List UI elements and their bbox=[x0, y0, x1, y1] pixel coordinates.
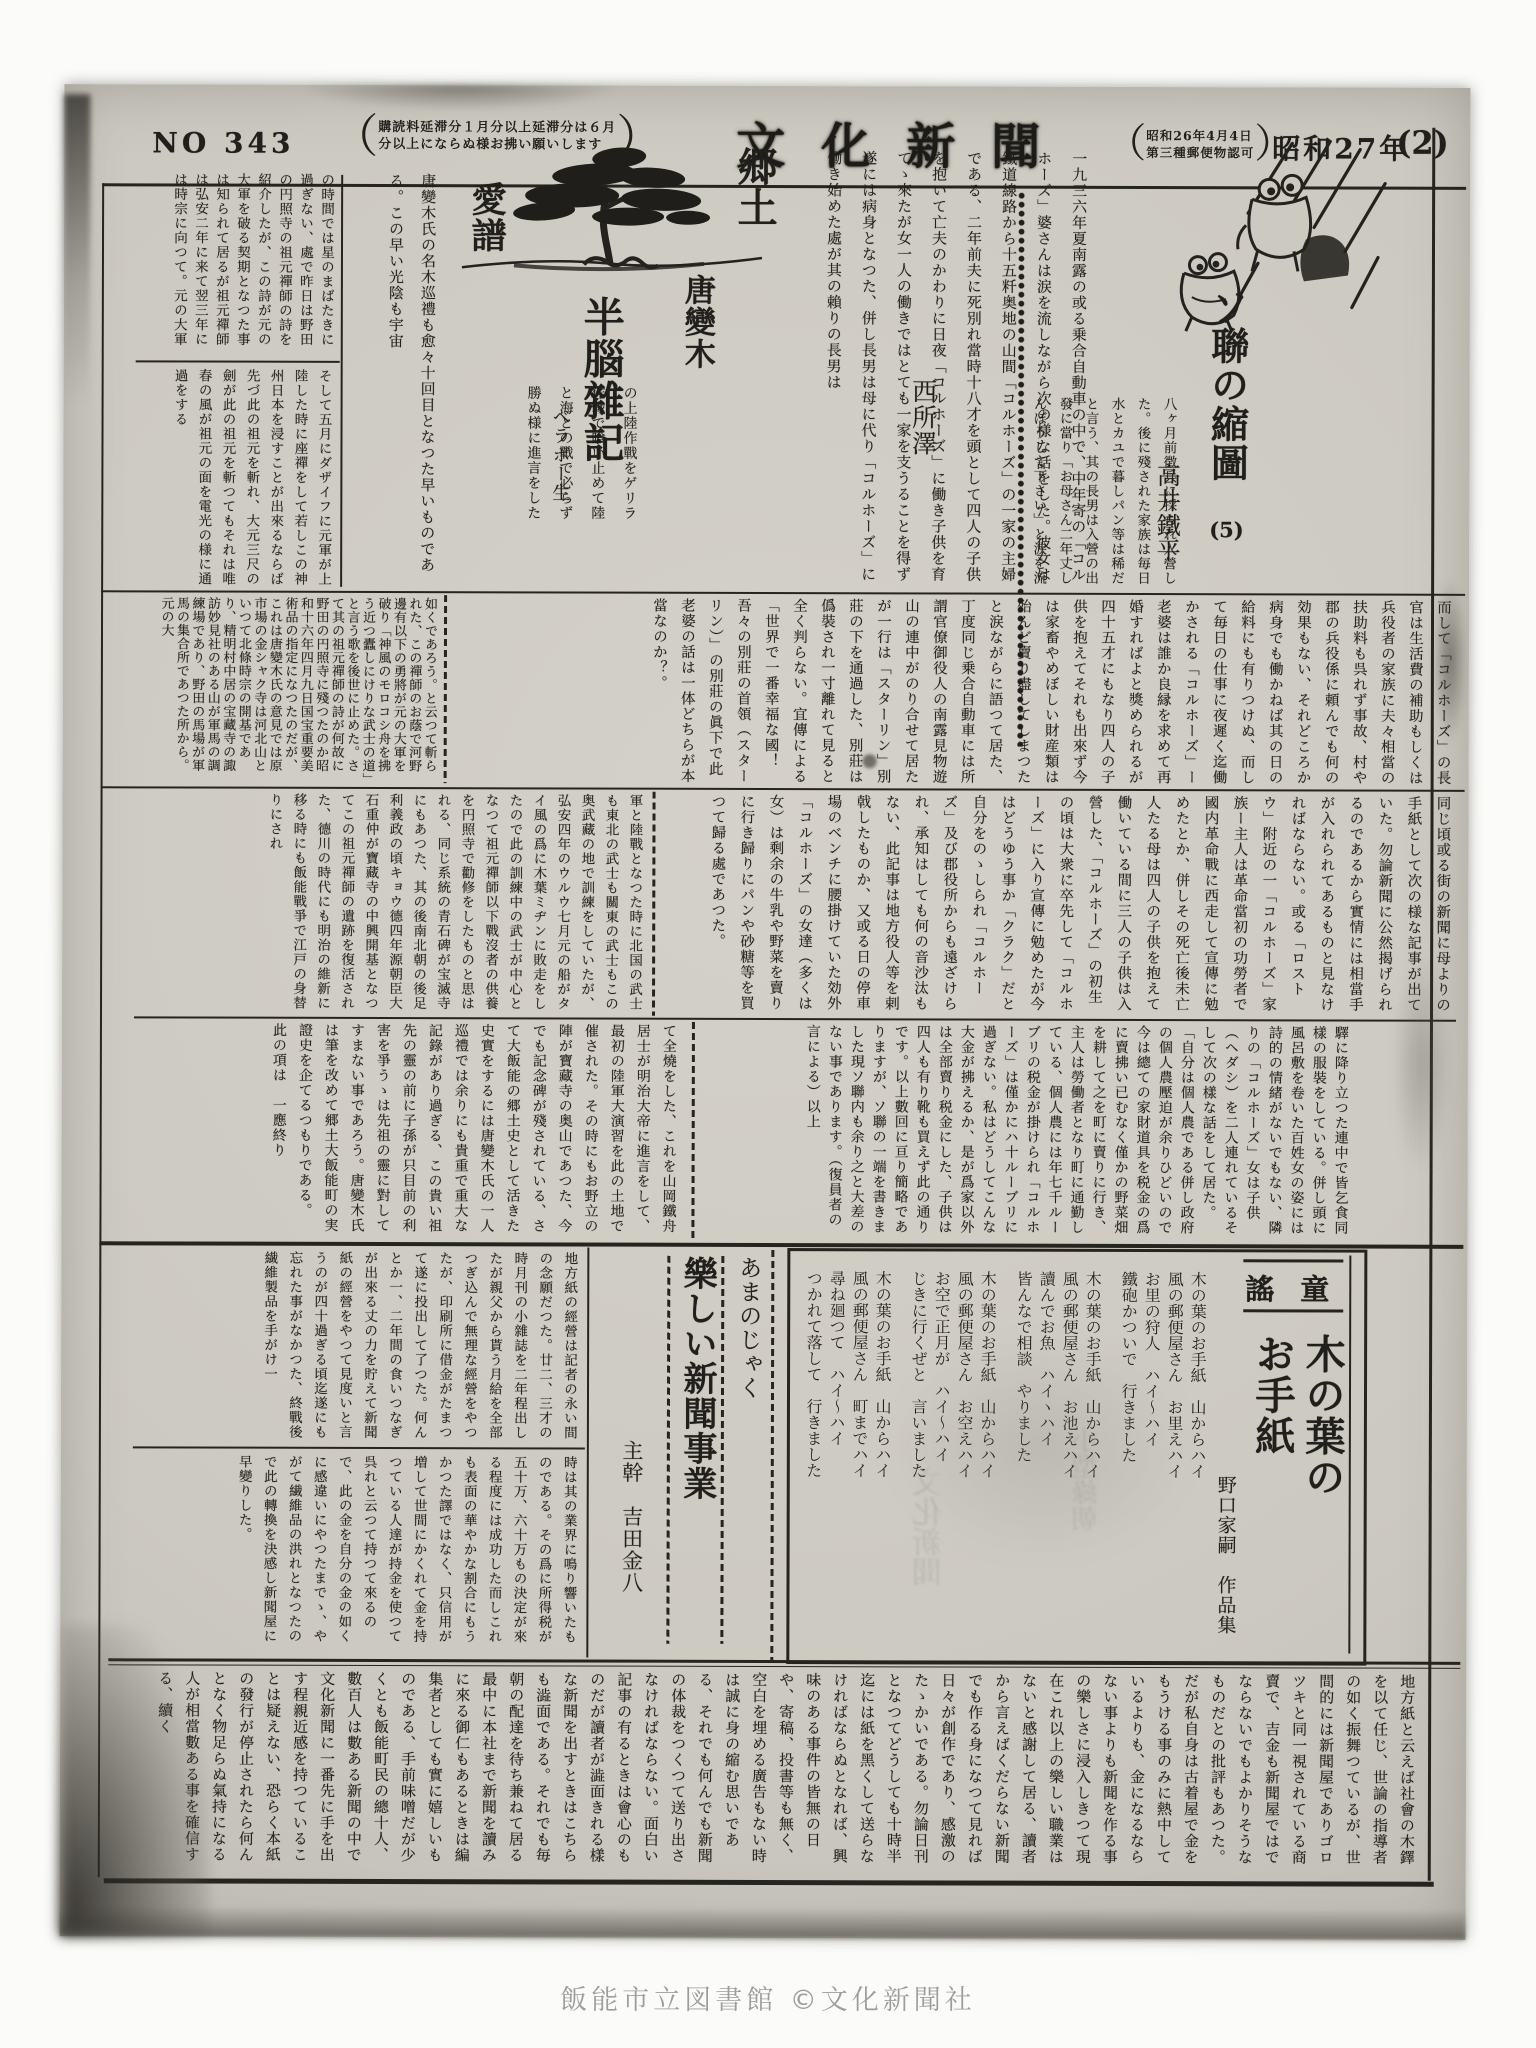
ama-column-title: あまのじゃく bbox=[733, 1256, 764, 1478]
ama-body-vrule bbox=[586, 1248, 589, 1658]
newsprint-sheet: NO 343 （ 購読料延滞分１月分以上延滞分は６月 分以上にならぬ様お拂い願い… bbox=[60, 84, 1471, 1940]
bottom-heavy-rule bbox=[104, 1878, 1434, 1886]
lyric-line: 讀んでお魚 ハイヽハイ bbox=[1034, 1271, 1058, 1649]
kyodo-text-band2: 如くであろう。と云つて斬られた、この禪師のお蔭で河野邊有以下の勇將が元の大軍を破… bbox=[135, 596, 437, 783]
lyric-line: じきに行くぜと 言いました bbox=[906, 1270, 930, 1648]
lyric-line: 木の葉のお手紙 山からハイ bbox=[870, 1270, 894, 1648]
subband-rule-left bbox=[136, 360, 340, 362]
douyou-label-rule-top bbox=[1243, 1259, 1343, 1262]
subband-vrule-left bbox=[340, 175, 343, 587]
bottom-section-rule bbox=[99, 1241, 1463, 1249]
lyric-line: お里の狩人 ハイ〜ハイ bbox=[1139, 1271, 1163, 1649]
notice-line1: 購読料延滞分１月分以上延滞分は６月 bbox=[378, 119, 616, 137]
page-number: (2) bbox=[1396, 124, 1449, 162]
soviet-installment-number: (5) bbox=[1209, 517, 1244, 542]
kyodo-series-title: 唐變木 bbox=[676, 274, 718, 406]
band-rule-1 bbox=[101, 590, 1465, 596]
band2-article-divider bbox=[444, 595, 447, 783]
lyric-line: 風の郵便屋さん 町までハイ bbox=[847, 1270, 871, 1648]
band3-article-divider bbox=[652, 792, 656, 1016]
band4-article-divider bbox=[691, 1022, 695, 1240]
ama-title-flank-left bbox=[666, 1256, 670, 1644]
soviet-text-band2: 而して「コルホーズ」の長官は生活費の補助もしくは兵役者の家族に夫々相當の扶助料も… bbox=[453, 597, 1457, 786]
douyou-title: 木の葉のお手紙 bbox=[1243, 1333, 1348, 1529]
kyodo-text-4: そして五月にダザイフに元軍が上陸した時に座禪をして若しこの神州日本を浸すことが出… bbox=[137, 368, 336, 587]
lyrics-stanza-3: 木の葉のお手紙 山からハイ 風の郵便屋さん お空えハイ お空で正月が ハイ〜ハイ… bbox=[906, 1270, 999, 1648]
lyric-line: 尋ね廻つて ハイ〜ハイ bbox=[824, 1270, 848, 1648]
ama-text-1: 地方紙の經營は記者の永い間の念願だつた。廿二、三才の時月刊の小雜誌を二年程出した… bbox=[133, 1250, 582, 1443]
lyric-line: 風の郵便屋さん お里えハイ bbox=[1162, 1271, 1186, 1649]
lyric-line: 木の葉のお手紙 山からハイ bbox=[1080, 1271, 1104, 1649]
ama-right-divider bbox=[770, 1250, 774, 1660]
ama-text-2: 時は其の業界に鳴り響いたものである。その爲に所得税が五十万、六十万もの決定が來る… bbox=[132, 1454, 581, 1653]
lyrics-stanza-4: 木の葉のお手紙 山からハイ 風の郵便屋さん 町までハイ 尋ね廻つて ハイ〜ハイ … bbox=[801, 1270, 894, 1648]
lyric-line: お空で正月が ハイ〜ハイ bbox=[929, 1270, 953, 1648]
douyou-lyrics: 木の葉のお手紙 山からハイ 風の郵便屋さん お里えハイ お里の狩人 ハイ〜ハイ … bbox=[796, 1270, 1209, 1649]
scanned-newspaper-page: NO 343 （ 購読料延滞分１月分以上延滞分は６月 分以上にならぬ様お拂い願い… bbox=[0, 0, 1536, 2048]
kyodo-column-title-right: 郷土 bbox=[728, 146, 780, 266]
left-border-rule bbox=[98, 183, 104, 1877]
lyric-line: 風の郵便屋さん お空えハイ bbox=[952, 1270, 976, 1648]
scan-stain-top-left-streak bbox=[64, 94, 91, 404]
lyric-line: 皆んなで相談 やりました bbox=[1011, 1271, 1035, 1649]
douyou-label-rule-bottom bbox=[1243, 1309, 1343, 1312]
kyodo-text-band3: 軍と陸戰となつた時に北国の武士も東北の武士も關東の武士もこの奥武藏の地で訓練をし… bbox=[134, 792, 647, 1015]
lyric-line: 鐵砲かついで 行きました bbox=[1116, 1271, 1140, 1649]
lyric-line: 木の葉のお手紙 山からハイ bbox=[975, 1271, 999, 1649]
soviet-text-band4: 驛に降り立つた連中で皆乞食同樣の服裝をしている。併し頭に風呂敷を卷いた百姓女の姿… bbox=[699, 1024, 1352, 1242]
lyrics-stanza-2: 木の葉のお手紙 山からハイ 風の郵便屋さん お池えハイ 讀んでお魚 ハイヽハイ … bbox=[1011, 1271, 1104, 1649]
kyodo-text-start: 唐變木氏の名木巡禮も愈々十回目となつた早いものである。この早い光陰も宇宙 bbox=[347, 173, 444, 593]
lyric-line: つかれて落して 行きました bbox=[801, 1270, 825, 1648]
lyrics-stanza-1: 木の葉のお手紙 山からハイ 風の郵便屋さん お里えハイ お里の狩人 ハイ〜ハイ … bbox=[1116, 1271, 1209, 1649]
soviet-article-title: ソ聯の縮圖 bbox=[1201, 287, 1252, 509]
issue-number: NO 343 bbox=[152, 126, 294, 159]
kyodo-text-band4: て全燒をした、これを山岡鐵舟居士が明治大帝に進言をして、最初の陸軍大演習を此の土… bbox=[133, 1022, 682, 1239]
scan-shadow-bottom-edge bbox=[60, 1906, 1466, 1940]
frogs-in-rain-illustration bbox=[1140, 139, 1393, 358]
douyou-section-label: 童謠 bbox=[1245, 1267, 1355, 1308]
open-paren: （ bbox=[332, 111, 378, 161]
band-rule-2 bbox=[101, 786, 1465, 792]
kyodo-text-2: の時間では星のまばたきに過ぎない、處で昨日は野田の円照寺の祖元禪師の詩を紹介した… bbox=[138, 172, 336, 355]
ama-subband-rule bbox=[133, 1446, 585, 1449]
ama-byline: 主幹 吉田金八 bbox=[616, 1440, 647, 1696]
kyodo-column-title-left: 愛譜 bbox=[462, 181, 510, 291]
library-credit: 飯能市立図書館 ©文化新聞社 bbox=[0, 1978, 1536, 2017]
ama-title: 樂しい新聞事業 bbox=[674, 1256, 719, 1648]
douyou-byline: 野口家嗣 作品集 bbox=[1212, 1475, 1238, 1655]
soviet-text-band1b: 八ヶ月前徴兵に採られ入營した。後に殘された家族は毎日水とカユで暮しパン等は稀だと… bbox=[1021, 397, 1182, 589]
ama-text-3: 地方紙と云えば社會の木鐸を以て任じ、世論の指導者の如く振舞つているが、世間的には… bbox=[132, 1670, 1421, 1879]
soviet-text-band3: 同じ頃或る街の新聞に母よりの手紙として次の様な記事が出ていた。勿論新聞に公然揭げ… bbox=[660, 794, 1457, 1018]
ama-title-flank-right bbox=[720, 1256, 724, 1644]
lyric-line: 木の葉のお手紙 山からハイ bbox=[1185, 1271, 1209, 1649]
scan-stain-top-edge bbox=[294, 85, 624, 112]
lyric-line: 風の郵便屋さん お池えハイ bbox=[1057, 1271, 1081, 1649]
kyodo-text-3: の上陸作戰をゲリラ作戰で喰い止めて陸と海との戰で必らず勝ぬ様に進言をした bbox=[515, 385, 645, 531]
